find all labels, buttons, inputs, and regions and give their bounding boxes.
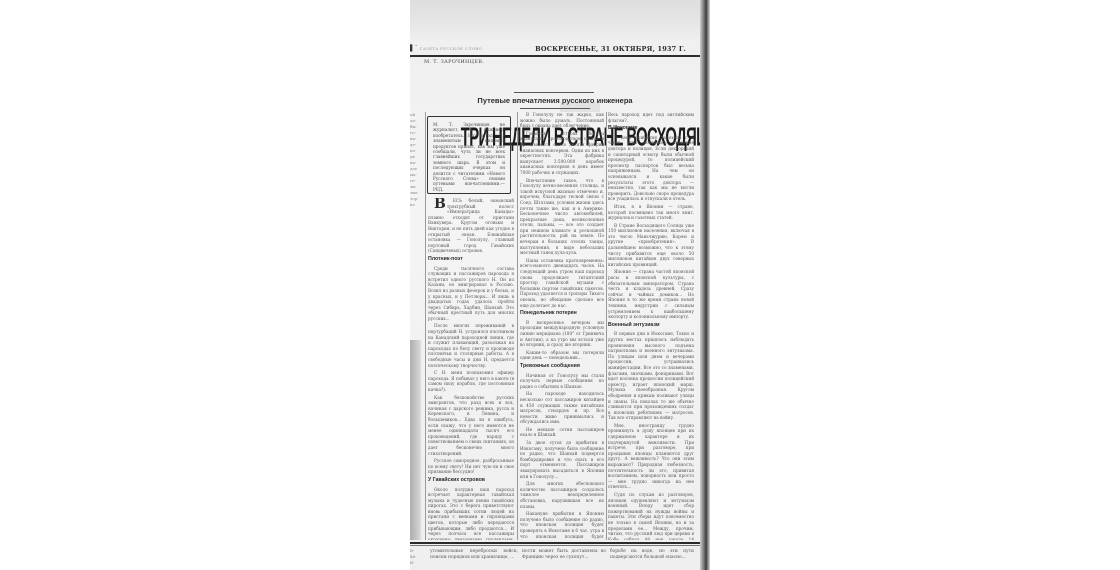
paragraph: Каким-то образом мы потеряли один день —… (520, 350, 604, 361)
paragraph: Япония — страна частой японской расы и я… (608, 269, 694, 319)
issue-date: ВОСКРЕСЕНЬЕ, 31 ОКТЯБРЯ, 1937 Г. (535, 45, 686, 53)
paragraph: Весь пароход идет под английским флагом?… (608, 112, 694, 123)
next-article-column-3: борьбе на воде, но эти пути подвергаются… (610, 549, 694, 561)
scan-smudge (560, 102, 600, 112)
column-rule (606, 112, 607, 540)
paragraph: Гавайские острова богаты ананасами, прои… (520, 131, 604, 176)
paragraph: В день прибытия парохода с 6 часов утра … (608, 135, 694, 202)
column-rule (517, 112, 518, 540)
editor-note: М. Т. Зарочинцев не журналист, а инженер… (433, 122, 505, 192)
paragraph: В воскресенье вечером мы проходим междун… (520, 320, 604, 348)
paragraph: На пароходе находилось несколько сот пас… (520, 391, 604, 425)
paragraph: Среди тысячного состава служащих и пасса… (428, 266, 514, 322)
section-heading: Плотник-поэт (428, 257, 514, 263)
paragraph: В первые дни в Иокогаме, Токио и других … (608, 331, 694, 421)
scan-shadow (410, 340, 422, 540)
paragraph: Русское самородное, разбросанные по всем… (428, 458, 514, 475)
page-fold-edge (700, 0, 710, 570)
paragraph: Впечатление такое, что в Гонолулу вечно-… (520, 178, 604, 256)
section-heading: У Гавайских островов (428, 478, 514, 484)
paragraph: За двое суток до прибытия в Иокогаму, по… (520, 440, 604, 479)
page-marker: ▌˙ (410, 45, 418, 52)
next-article-column-2: ности может быть доставлена во Францию ч… (522, 549, 606, 561)
article-subtitle: Путевые впечатления русского инженера (410, 96, 700, 105)
paragraph: В Стране Восходящего Солнца уже 150 милл… (608, 223, 694, 268)
newspaper-name: ГАЗЕТА РУССКОЕ СЛОВО (420, 46, 482, 51)
editor-note-box: М. Т. Зарочинцев не журналист, а инженер… (427, 116, 511, 194)
article-end-rule-thin (410, 545, 700, 546)
paragraph: Судя по слухам из разговоров, японцев од… (608, 492, 694, 540)
paragraph: С Н. меня познакомил офицер парохода. Я … (428, 370, 514, 392)
section-heading: В Иокогаме (608, 126, 694, 132)
paragraph: Наша остановка кратковременна: всего-нав… (520, 258, 604, 308)
section-heading: Тревожные сообщения (520, 364, 604, 370)
subtitle-rule-top (514, 92, 594, 93)
newspaper-scan: ▌˙ ГАЗЕТА РУССКОЕ СЛОВО ВОСКРЕСЕНЬЕ, 31 … (410, 0, 710, 570)
paragraph: Как безпокойство русских эмигрантов, что… (428, 395, 514, 457)
paragraph: Мне, иностранцу трудно проникнуть в душу… (608, 423, 694, 490)
dropcap: В (428, 198, 446, 210)
article-column-1: ВЕСЬ белый, океанский трехтрубный колосс… (428, 198, 514, 540)
column-rule (425, 112, 426, 540)
article-column-3: Весь пароход идет под английским флагом?… (608, 112, 694, 540)
paragraph: В Гонолулу не так жарко, как можно было … (520, 112, 604, 129)
next-article-column-1: утомительные переброски войск, поиски по… (430, 549, 518, 561)
paragraph: Итак, я в Японии — стране, которой посвя… (608, 204, 694, 221)
page-header: ▌˙ ГАЗЕТА РУССКОЕ СЛОВО ВОСКРЕСЕНЬЕ, 31 … (410, 45, 700, 55)
article-end-rule (410, 542, 700, 544)
intro-paragraph: ВЕСЬ белый, океанский трехтрубный колосс… (428, 198, 514, 254)
paragraph: Начиная от Гонолулу мы стали получать пе… (520, 373, 604, 390)
paragraph: Около полудня наш пароход встречает хара… (428, 487, 514, 541)
next-article-fragment-edge: н- ва- и- (410, 549, 426, 567)
paragraph: После многих переживаний в пертурбаций Н… (428, 323, 514, 368)
header-rule (410, 55, 700, 57)
scan-shading (410, 0, 710, 40)
section-heading: Военный энтузиазм (608, 323, 694, 329)
paragraph: Не меньше сотни пассажиров ехало в Шанха… (520, 427, 604, 438)
paragraph: Накануне прибытия в Японию получено было… (520, 511, 604, 540)
section-heading: Понедельник потерян (520, 311, 604, 317)
article-column-2: В Гонолулу не так жарко, как можно было … (520, 112, 604, 540)
paragraph: Для многих обеспокоило количество пассаж… (520, 481, 604, 509)
